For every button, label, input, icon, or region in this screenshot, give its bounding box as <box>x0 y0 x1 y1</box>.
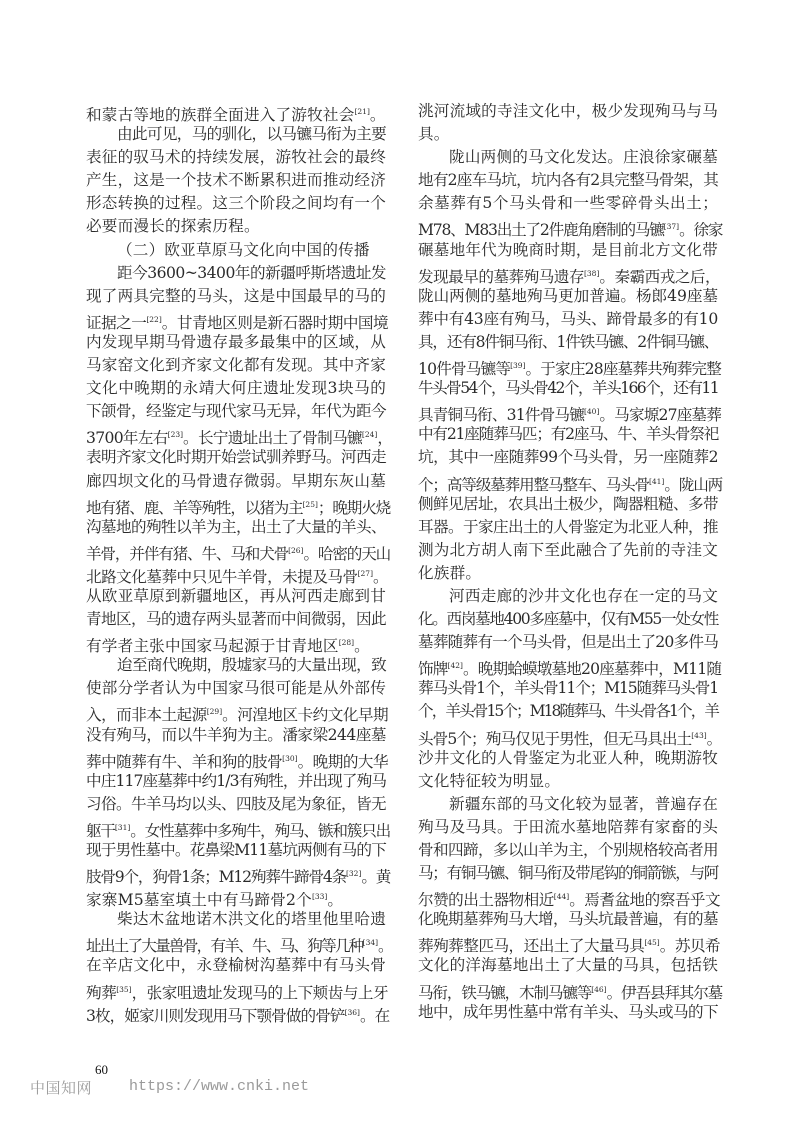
line-text: 新疆东部的马文化较为显著，普遍存在 <box>449 795 718 813</box>
line-text: 头骨5个；殉马仅见于男性，但无马具出土 <box>418 730 691 748</box>
text-line: 形态转换的过程。这三个阶段之间均有一个 <box>86 192 386 215</box>
text-line: 羊骨，并伴有猪、牛、马和犬骨[26]。哈密的天山 <box>86 539 386 562</box>
line-text-tail: 。秦霸西戎之后， <box>599 268 720 286</box>
line-text: 余墓葬有5个马头骨和一些零碎骨头出土； <box>418 194 718 212</box>
line-text: （二）欧亚草原马文化向中国的传播 <box>117 241 370 259</box>
section-heading: （二）欧亚草原马文化向中国的传播 <box>86 239 386 262</box>
text-line: 化晚期墓葬殉马大增，马头坑最普遍，有的墓 <box>418 908 718 931</box>
line-text: M78、M83出土了2件鹿角磨制的马镳 <box>418 221 664 239</box>
line-text: 墓葬随葬有一个马头骨，但是出土了20多件马 <box>418 633 718 651</box>
line-text: 河西走廊的沙井文化也存在一定的马文 <box>449 587 718 605</box>
line-text-tail: ；晚期火烧 <box>318 499 390 517</box>
text-line: 在辛店文化中，永登榆树沟墓葬中有马头骨 <box>86 954 386 977</box>
text-line: 个；高等级墓葬用整马整车、马头骨[41]。陇山两 <box>418 470 718 493</box>
line-text-tail: 。晚期的大华 <box>298 753 389 771</box>
text-line: 头骨5个；殉马仅见于男性，但无马具出土[43]。 <box>418 724 718 747</box>
line-text: 必要而漫长的探索历程。 <box>86 217 260 235</box>
citation-ref[interactable]: [35] <box>116 985 131 994</box>
text-line: 表明齐家文化时期开始尝试驯养野马。河西走 <box>86 446 386 469</box>
line-text: 迨至商代晚期，殷墟家马的大量出现，致 <box>117 656 386 674</box>
line-text: 沙井文化的人骨鉴定为北亚人种，晚期游牧 <box>418 749 718 767</box>
line-text: 骨和四蹄，多以山羊为主，个别规格较高者用 <box>418 841 718 859</box>
line-text: 马衔，铁马镳，木制马镳等 <box>418 984 591 1002</box>
text-line: 测为北方胡人南下至此融合了先前的寺洼文 <box>418 539 718 562</box>
text-line: 坑，其中一座随葬99个马头骨，另一座随葬2 <box>418 446 718 469</box>
text-line: 没有殉马，而以牛羊狗为主。潘家梁244座墓 <box>86 724 386 747</box>
line-text: 马；有铜马镳、铜马衔及带尾钩的铜箭镞，与阿 <box>418 864 718 882</box>
line-text-tail: 。 <box>378 937 392 955</box>
citation-ref[interactable]: [23] <box>168 430 183 439</box>
line-text: 廊四坝文化的马骨遗存微弱。早期东灰山墓 <box>86 472 386 490</box>
citation-ref[interactable]: [37] <box>664 222 679 231</box>
text-line: 习俗。牛羊马均以头、四肢及尾为象征，皆无 <box>86 793 386 816</box>
cnki-logo-watermark: 中国知网 <box>30 1077 92 1098</box>
text-line: 10件骨马镳等[39]。于家庄28座墓葬共殉葬完整 <box>418 354 718 377</box>
text-line: 殉葬[35]，张家咀遗址发现马的上下颊齿与上牙 <box>86 978 386 1001</box>
line-text: 地有猪、鹿、羊等殉牲，以猪为主 <box>86 499 303 517</box>
citation-ref[interactable]: [26] <box>288 546 303 555</box>
line-text: 青地区，马的遗存两头显著而中间微弱，因此 <box>86 610 386 628</box>
line-text: 羊骨，并伴有猪、牛、马和犬骨 <box>86 545 288 563</box>
text-line: 洮河流域的寺洼文化中，极少发现殉马与马 <box>418 100 718 123</box>
line-text: 柴达木盆地诺木洪文化的塔里他里哈遗 <box>117 910 386 928</box>
line-text: 地中，成年男性墓中常有羊头、马头或马的下 <box>418 1003 718 1021</box>
line-text: 个，羊头骨15个；M18随葬马、牛头骨各1个，羊 <box>418 702 718 720</box>
line-text: 具青铜马衔、31件骨马镳 <box>418 406 584 424</box>
line-text: 具，还有8件铜马衔、1件铁马镳、2件铜马镳、 <box>418 333 718 351</box>
line-text: 内发现早期马骨遗存最多最集中的区域，从 <box>86 333 386 351</box>
line-text: 形态转换的过程。这三个阶段之间均有一个 <box>86 194 386 212</box>
citation-ref[interactable]: [39] <box>510 361 525 370</box>
line-text: 饰牌 <box>418 660 448 678</box>
text-line: 河西走廊的沙井文化也存在一定的马文 <box>418 585 718 608</box>
line-text-tail: 。晚期蛤蟆墩墓地20座墓葬中，M11随 <box>463 660 721 678</box>
text-line: 从欧亚草原到新疆地区，再从河西走廊到甘 <box>86 585 386 608</box>
citation-ref[interactable]: [46] <box>591 985 606 994</box>
line-text: 肢骨9个，狗骨1条；M12殉葬牛蹄骨4条 <box>86 868 346 886</box>
line-text-tail: 。黄 <box>361 868 390 886</box>
line-text: 中有21座随葬马匹；有2座马、牛、羊头骨祭祀 <box>418 425 718 443</box>
text-line: 中有21座随葬马匹；有2座马、牛、羊头骨祭祀 <box>418 423 718 446</box>
text-line: 躯干[31]。女性墓葬中多殉牛，殉马、镞和簇只出 <box>86 816 386 839</box>
text-line: 产生，这是一个技术不断累积进而推动经济 <box>86 169 386 192</box>
text-line: 地中，成年男性墓中常有羊头、马头或马的下 <box>418 1001 718 1024</box>
text-line: 证据之一[22]。甘青地区则是新石器时期中国境 <box>86 308 386 331</box>
line-text: 殉葬 <box>86 984 116 1002</box>
text-line: 青地区，马的遗存两头显著而中间微弱，因此 <box>86 608 386 631</box>
line-text: 文化中晚期的永靖大何庄遗址发现3块马的 <box>86 379 386 397</box>
text-line: 中庄117座墓葬中约1/3有殉牲，并出现了殉马 <box>86 770 386 793</box>
text-line: 址出土了大量兽骨，有羊、牛、马、狗等几种[34]。 <box>86 931 386 954</box>
text-line: 3700年左右[23]。长宁遗址出土了骨制马镳[24]， <box>86 423 386 446</box>
text-line: 发现最早的墓葬殉马遗存[38]。秦霸西戎之后， <box>418 262 718 285</box>
line-text-tail: 。长宁遗址出土了骨制马镳 <box>183 429 362 447</box>
citation-ref[interactable]: [31] <box>115 823 130 832</box>
line-text: 和蒙古等地的族群全面进入了游牧社会 <box>86 106 355 124</box>
citation-ref[interactable]: [22] <box>146 315 161 324</box>
text-line: 北路文化墓葬中只见牛羊骨，未提及马骨[27]。 <box>86 562 386 585</box>
text-line: 廊四坝文化的马骨遗存微弱。早期东灰山墓 <box>86 470 386 493</box>
text-line: 饰牌[42]。晚期蛤蟆墩墓地20座墓葬中，M11随 <box>418 654 718 677</box>
line-text: 化族群。 <box>418 564 481 582</box>
line-text: 马家窑文化到齐家文化都有发现。其中齐家 <box>86 356 386 374</box>
line-text: 牛头骨54个，马头骨42个，羊头166个，还有11 <box>418 379 718 397</box>
text-line: 马；有铜马镳、铜马衔及带尾钩的铜箭镞，与阿 <box>418 862 718 885</box>
text-line: 化族群。 <box>418 562 718 585</box>
line-text: 证据之一 <box>86 314 146 332</box>
line-text: 葬中随葬有牛、羊和狗的肢骨 <box>86 753 282 771</box>
line-text: 陇山两侧的墓地殉马更加普遍。杨郎49座墓 <box>418 287 718 305</box>
line-text: 坑，其中一座随葬99个马头骨，另一座随葬2 <box>418 448 718 466</box>
text-line: 柴达木盆地诺木洪文化的塔里他里哈遗 <box>86 908 386 931</box>
citation-ref[interactable]: [42] <box>448 661 463 670</box>
text-line: 牛头骨54个，马头骨42个，羊头166个，还有11 <box>418 377 718 400</box>
text-line: 和蒙古等地的族群全面进入了游牧社会[21]。 <box>86 100 386 123</box>
line-text: 葬马头骨1个，羊头骨11个；M15随葬马头骨1 <box>418 679 718 697</box>
citation-ref[interactable]: [40] <box>584 407 599 416</box>
line-text: 发现最早的墓葬殉马遗存 <box>418 268 584 286</box>
line-text: 测为北方胡人南下至此融合了先前的寺洼文 <box>418 541 718 559</box>
text-line: 下颌骨，经鉴定与现代家马无异，年代为距今 <box>86 400 386 423</box>
text-line: 现了两具完整的马头，这是中国最早的马的 <box>86 285 386 308</box>
line-text: 地有2座车马坑，坑内各有2具完整马骨架，其 <box>418 171 718 189</box>
line-text: 家寨M5墓室填土中有马蹄骨2个 <box>86 891 312 909</box>
line-text: 3枚，姬家川则发现用马下颚骨做的骨铲 <box>86 1007 345 1025</box>
text-line: 骨和四蹄，多以山羊为主，个别规格较高者用 <box>418 839 718 862</box>
text-line: 文化的洋海墓地出土了大量的马具，包括铁 <box>418 954 718 977</box>
line-text: 入，而非本土起源 <box>86 706 207 724</box>
text-line: 殉马及马具。于田流水墓地陪葬有家畜的头 <box>418 816 718 839</box>
text-line: 家寨M5墓室填土中有马蹄骨2个[33]。 <box>86 885 386 908</box>
text-line: 尔赞的出土器物相近[44]。焉耆盆地的察吾乎文 <box>418 885 718 908</box>
line-text-tail: ， <box>377 429 392 447</box>
text-line: 表征的驭马术的持续发展，游牧社会的最终 <box>86 146 386 169</box>
line-text: 产生，这是一个技术不断累积进而推动经济 <box>86 171 386 189</box>
text-line: 陇山两侧的马文化发达。庄浪徐家碾墓 <box>418 146 718 169</box>
citation-ref[interactable]: [27] <box>358 569 373 578</box>
line-text: 尔赞的出土器物相近 <box>418 891 554 909</box>
text-line: 沙井文化的人骨鉴定为北亚人种，晚期游牧 <box>418 747 718 770</box>
line-text-tail: 。 <box>327 891 343 909</box>
line-text: 个；高等级墓葬用整马整车、马头骨 <box>418 476 649 494</box>
citation-ref[interactable]: [32] <box>346 869 361 878</box>
left-column: 和蒙古等地的族群全面进入了游牧社会[21]。由此可见，马的驯化，以马镳马衔为主要… <box>86 100 386 1024</box>
line-text-tail: 。焉耆盆地的察吾乎文 <box>569 891 720 909</box>
line-text-tail: 。徐家 <box>679 221 722 239</box>
text-line: 葬中有43座有殉马，马头、蹄骨最多的有10 <box>418 308 718 331</box>
citation-ref[interactable]: [30] <box>282 754 297 763</box>
text-line: 葬殉葬整匹马，还出土了大量马具[45]。苏贝希 <box>418 931 718 954</box>
cnki-url-watermark[interactable]: https://www.cnki.net <box>129 1078 309 1095</box>
line-text-tail: 。甘青地区则是新石器时期中国境 <box>162 314 388 332</box>
line-text: 有学者主张中国家马起源于甘青地区 <box>86 637 339 655</box>
line-text-tail: 。河湟地区卡约文化早期 <box>222 706 388 724</box>
line-text: 躯干 <box>86 822 115 840</box>
text-line: 使部分学者认为中国家马很可能是从外部传 <box>86 677 386 700</box>
text-line: 地有2座车马坑，坑内各有2具完整马骨架，其 <box>418 169 718 192</box>
article-page: 和蒙古等地的族群全面进入了游牧社会[21]。由此可见，马的驯化，以马镳马衔为主要… <box>0 0 800 1123</box>
line-text: 化。西岗墓地400多座墓中，仅有M55一处女性 <box>418 610 718 628</box>
line-text: 葬中有43座有殉马，马头、蹄骨最多的有10 <box>418 310 718 328</box>
citation-ref[interactable]: [38] <box>584 269 599 278</box>
line-text-tail: 。伊吾县拜其尔墓 <box>607 984 722 1002</box>
line-text: 碾墓地年代为晚商时期，是目前北方文化带 <box>418 241 718 259</box>
text-line: 葬马头骨1个，羊头骨11个；M15随葬马头骨1 <box>418 677 718 700</box>
text-line: 马家窑文化到齐家文化都有发现。其中齐家 <box>86 354 386 377</box>
text-line: 碾墓地年代为晚商时期，是目前北方文化带 <box>418 239 718 262</box>
text-line: 入，而非本土起源[29]。河湟地区卡约文化早期 <box>86 700 386 723</box>
text-line: 现于男性墓中。花鼻梁M11墓坑两侧有马的下 <box>86 839 386 862</box>
text-line: 化。西岗墓地400多座墓中，仅有M55一处女性 <box>418 608 718 631</box>
line-text: 文化特征较为明显。 <box>418 772 560 790</box>
line-text: 3700年左右 <box>86 429 168 447</box>
line-text: 化晚期墓葬殉马大增，马头坑最普遍，有的墓 <box>418 910 718 928</box>
line-text-tail: 。陇山两 <box>664 476 722 494</box>
line-text: 中庄117座墓葬中约1/3有殉牲，并出现了殉马 <box>86 772 386 790</box>
line-text: 现于男性墓中。花鼻梁M11墓坑两侧有马的下 <box>86 841 386 859</box>
text-line: 沟墓地的殉牲以羊为主，出土了大量的羊头、 <box>86 516 386 539</box>
citation-ref[interactable]: [24] <box>362 430 377 439</box>
line-text: 10件骨马镳等 <box>418 360 510 378</box>
line-text: 现了两具完整的马头，这是中国最早的马的 <box>86 287 386 305</box>
citation-ref[interactable]: [44] <box>554 892 569 901</box>
text-line: 侧鲜见居址，农具出土极少，陶器粗糙、多带 <box>418 493 718 516</box>
right-column: 洮河流域的寺洼文化中，极少发现殉马与马具。陇山两侧的马文化发达。庄浪徐家碾墓地有… <box>418 100 718 1024</box>
line-text: 洮河流域的寺洼文化中，极少发现殉马与马 <box>418 102 718 120</box>
line-text: 使部分学者认为中国家马很可能是从外部传 <box>86 679 386 697</box>
line-text-tail: 。女性墓葬中多殉牛，殉马、镞和簇只出 <box>130 822 390 840</box>
line-text-tail: 。在 <box>360 1007 389 1025</box>
text-line: 耳器。于家庄出土的人骨鉴定为北亚人种，推 <box>418 516 718 539</box>
text-line: 文化中晚期的永靖大何庄遗址发现3块马的 <box>86 377 386 400</box>
text-line: 具。 <box>418 123 718 146</box>
line-text: 在辛店文化中，永登榆树沟墓葬中有马头骨 <box>86 956 386 974</box>
citation-ref[interactable]: [28] <box>339 638 354 647</box>
text-line: 有学者主张中国家马起源于甘青地区[28]。 <box>86 631 386 654</box>
line-text: 北路文化墓葬中只见牛羊骨，未提及马骨 <box>86 568 358 586</box>
line-text: 没有殉马，而以牛羊狗为主。潘家梁244座墓 <box>86 726 386 744</box>
line-text-tail: 。于家庄28座墓葬共殉葬完整 <box>526 360 722 378</box>
line-text: 址出土了大量兽骨，有羊、牛、马、狗等几种 <box>86 937 363 955</box>
line-text-tail: 。 <box>354 637 370 655</box>
line-text: 文化的洋海墓地出土了大量的马具，包括铁 <box>418 956 718 974</box>
line-text-tail: 。哈密的天山 <box>303 545 390 563</box>
text-line: 葬中随葬有牛、羊和狗的肢骨[30]。晚期的大华 <box>86 747 386 770</box>
line-text-tail: 。苏贝希 <box>660 937 720 955</box>
text-line: 马衔，铁马镳，木制马镳等[46]。伊吾县拜其尔墓 <box>418 978 718 1001</box>
line-text: 侧鲜见居址，农具出土极少，陶器粗糙、多带 <box>418 495 718 513</box>
line-text: 具。 <box>418 125 450 143</box>
line-text-tail: ，张家咀遗址发现马的上下颊齿与上牙 <box>132 984 389 1002</box>
text-line: 肢骨9个，狗骨1条；M12殉葬牛蹄骨4条[32]。黄 <box>86 862 386 885</box>
text-line: 个，羊头骨15个；M18随葬马、牛头骨各1个，羊 <box>418 700 718 723</box>
citation-ref[interactable]: [33] <box>312 892 327 901</box>
line-text: 殉马及马具。于田流水墓地陪葬有家畜的头 <box>418 818 718 836</box>
citation-ref[interactable]: [34] <box>363 938 378 947</box>
page-number: 60 <box>95 1062 108 1078</box>
line-text: 表征的驭马术的持续发展，游牧社会的最终 <box>86 148 386 166</box>
citation-ref[interactable]: [21] <box>355 107 370 116</box>
line-text: 习俗。牛羊马均以头、四肢及尾为象征，皆无 <box>86 795 386 813</box>
line-text: 距今3600~3400年的新疆呼斯塔遗址发 <box>117 264 386 282</box>
text-line: 余墓葬有5个马头骨和一些零碎骨头出土； <box>418 192 718 215</box>
citation-ref[interactable]: [45] <box>644 938 659 947</box>
text-line: 墓葬随葬有一个马头骨，但是出土了20多件马 <box>418 631 718 654</box>
text-line: 具，还有8件铜马衔、1件铁马镳、2件铜马镳、 <box>418 331 718 354</box>
citation-ref[interactable]: [41] <box>649 477 664 486</box>
line-text: 下颌骨，经鉴定与现代家马无异，年代为距今 <box>86 402 386 420</box>
text-line: 必要而漫长的探索历程。 <box>86 215 386 238</box>
citation-ref[interactable]: [29] <box>207 707 222 716</box>
line-text: 葬殉葬整匹马，还出土了大量马具 <box>418 937 644 955</box>
text-line: 文化特征较为明显。 <box>418 770 718 793</box>
citation-ref[interactable]: [43] <box>691 731 706 740</box>
line-text: 陇山两侧的马文化发达。庄浪徐家碾墓 <box>449 148 718 166</box>
line-text: 由此可见，马的驯化，以马镳马衔为主要 <box>117 125 386 143</box>
text-line: 新疆东部的马文化较为显著，普遍存在 <box>418 793 718 816</box>
line-text-tail: 。 <box>707 730 722 748</box>
text-line: 距今3600~3400年的新疆呼斯塔遗址发 <box>86 262 386 285</box>
line-text: 表明齐家文化时期开始尝试驯养野马。河西走 <box>86 448 386 466</box>
text-line: 3枚，姬家川则发现用马下颚骨做的骨铲[36]。在 <box>86 1001 386 1024</box>
line-text-tail: 。 <box>373 568 388 586</box>
line-text-tail: 。 <box>370 106 386 124</box>
text-line: 内发现早期马骨遗存最多最集中的区域，从 <box>86 331 386 354</box>
text-line: 由此可见，马的驯化，以马镳马衔为主要 <box>86 123 386 146</box>
citation-ref[interactable]: [25] <box>303 500 318 509</box>
text-line: 陇山两侧的墓地殉马更加普遍。杨郎49座墓 <box>418 285 718 308</box>
line-text-tail: 。马家塬27座墓葬 <box>599 406 721 424</box>
text-line: M78、M83出土了2件鹿角磨制的马镳[37]。徐家 <box>418 215 718 238</box>
line-text: 沟墓地的殉牲以羊为主，出土了大量的羊头、 <box>86 518 386 536</box>
line-text: 从欧亚草原到新疆地区，再从河西走廊到甘 <box>86 587 386 605</box>
text-line: 具青铜马衔、31件骨马镳[40]。马家塬27座墓葬 <box>418 400 718 423</box>
citation-ref[interactable]: [36] <box>345 1008 360 1017</box>
text-line: 迨至商代晚期，殷墟家马的大量出现，致 <box>86 654 386 677</box>
line-text: 耳器。于家庄出土的人骨鉴定为北亚人种，推 <box>418 518 718 536</box>
text-line: 地有猪、鹿、羊等殉牲，以猪为主[25]；晚期火烧 <box>86 493 386 516</box>
